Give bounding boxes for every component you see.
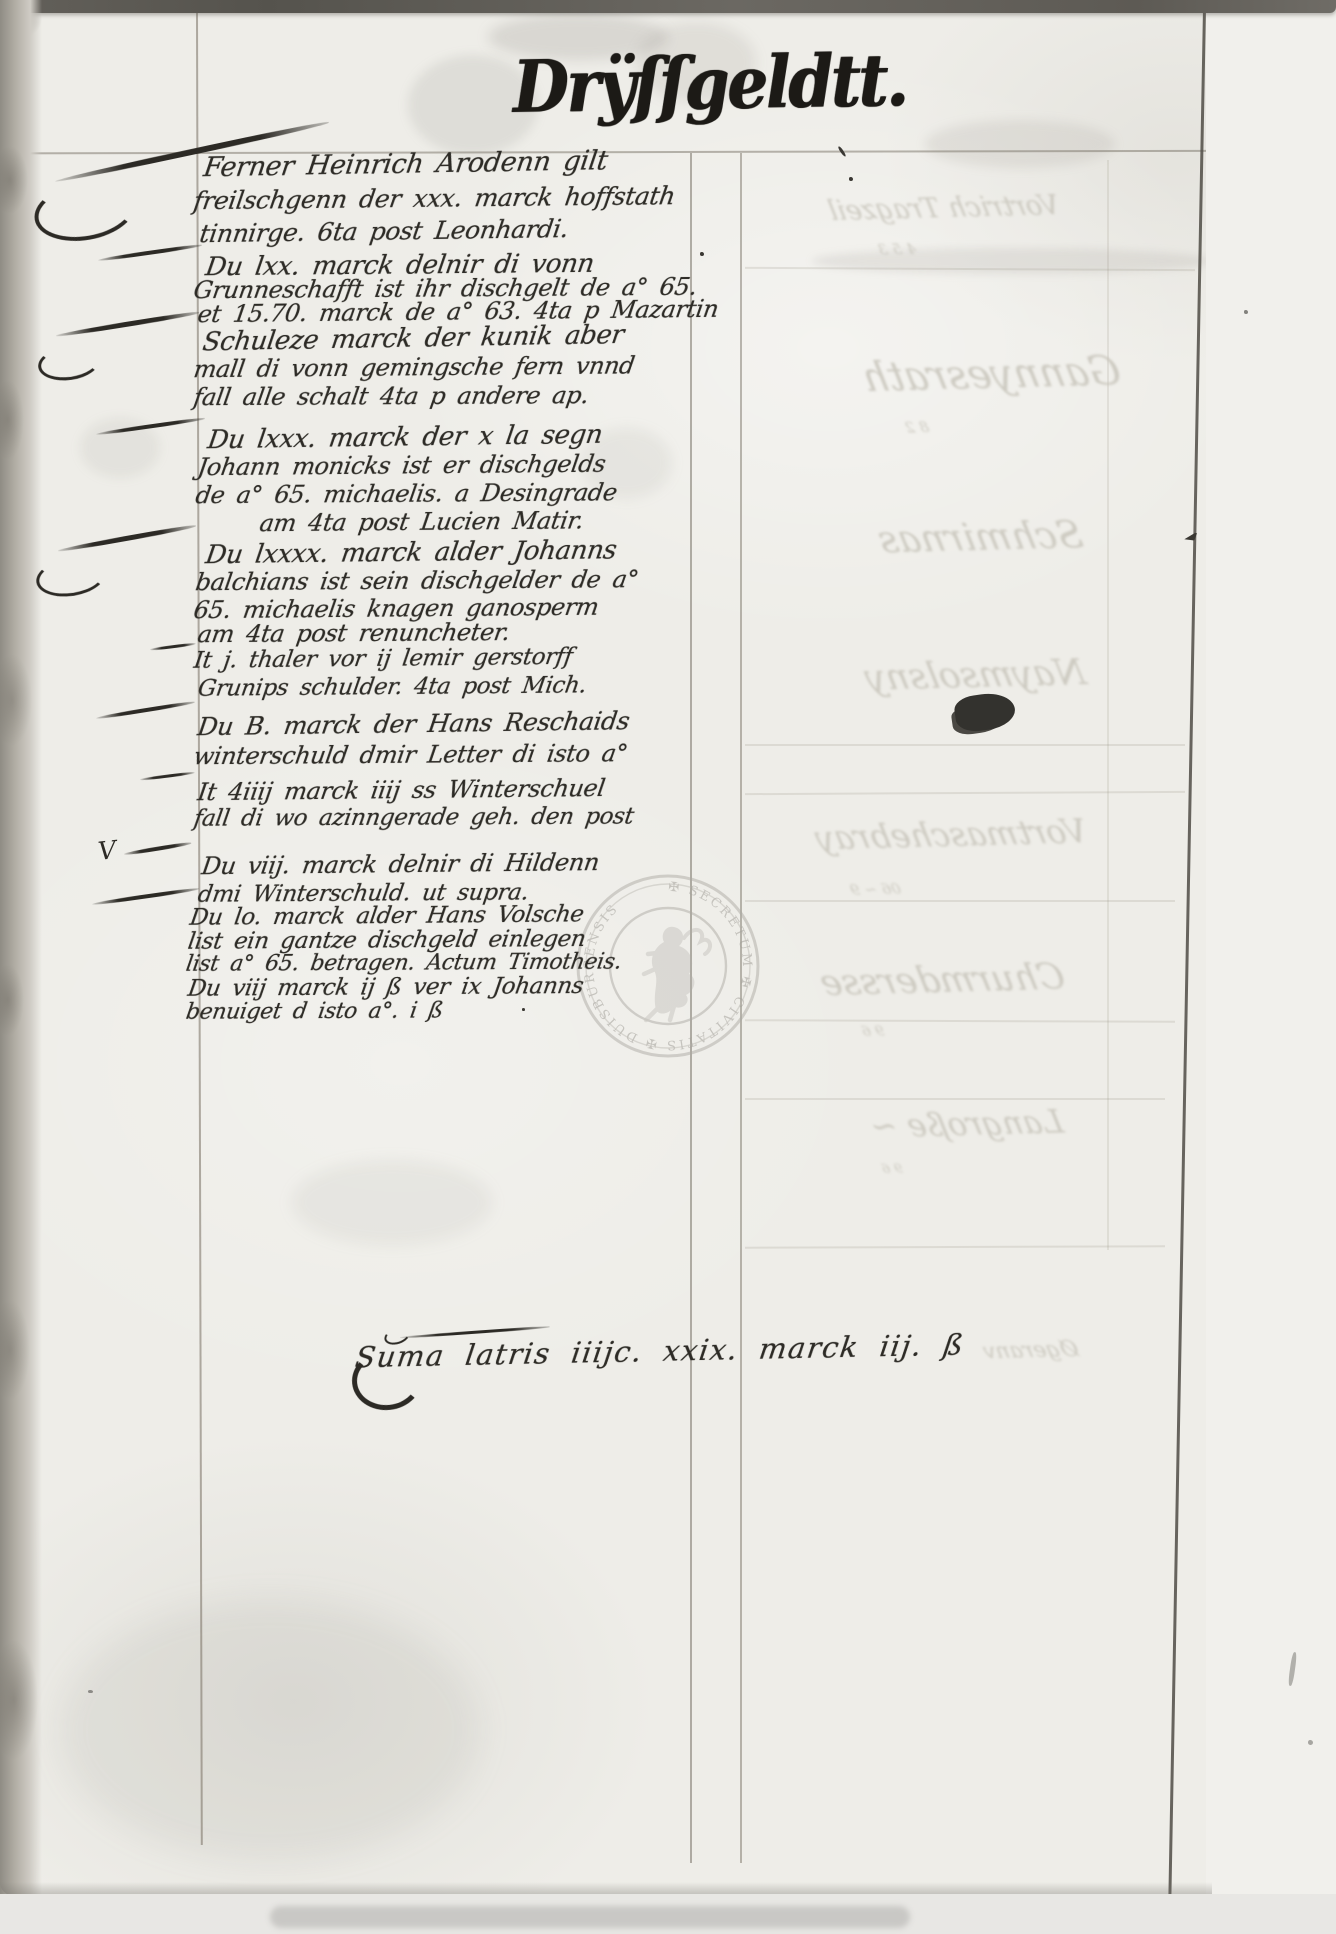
smudge <box>812 248 1212 274</box>
manuscript-line: Ferner Heinrich Arodenn gilt <box>202 145 610 183</box>
ink-blot <box>953 690 1017 734</box>
bleedthrough-word: Gannyesrath <box>858 349 1125 402</box>
ink-speck <box>700 252 704 256</box>
smudge <box>925 120 1115 168</box>
bleedthrough-word: 06 ~ 9 <box>848 879 902 898</box>
margin-check-mark: V <box>97 835 118 866</box>
bleed-rule <box>745 744 1185 746</box>
ink-flourish <box>98 243 203 262</box>
bleed-rule <box>745 900 1175 902</box>
page-corner-shadow <box>0 0 140 95</box>
bleedthrough-word: 9 6 <box>860 1024 885 1041</box>
manuscript-line: tinnirge. 6ta post Leonhardi. <box>198 214 571 248</box>
ink-flourish <box>92 887 200 906</box>
page-edge-bottom <box>0 1882 1212 1896</box>
edge-mark <box>1308 1740 1313 1745</box>
ink-flourish <box>124 841 192 855</box>
page-edge-left <box>0 0 42 1900</box>
manuscript-line: benuiget d isto a°. i ß <box>184 999 444 1025</box>
bleedthrough-word: 9 6 <box>881 1162 905 1178</box>
ink-speck <box>522 1008 525 1011</box>
bleed-rule <box>745 1019 1175 1023</box>
bleedthrough-word: Øgeranv <box>981 1337 1081 1364</box>
page-title: Drÿſſgeldtt. <box>512 39 907 130</box>
manuscript-line: Grunips schulder. 4ta post Mich. <box>196 673 588 702</box>
ink-speck <box>849 177 853 181</box>
manuscript-line: fall di wo azinngerade geh. den post <box>192 804 635 832</box>
bleed-rule <box>745 791 1185 795</box>
edge-mark <box>1288 1652 1298 1686</box>
ink-speck <box>1244 310 1248 314</box>
smudge <box>292 1160 492 1245</box>
bleedthrough-word: Vortrich Tragzeil <box>825 190 1062 227</box>
manuscript-line: am 4ta post Lucien Matir. <box>258 506 586 537</box>
manuscript-line: balchians ist sein dischgelder de a° <box>194 565 641 596</box>
bleed-rule <box>745 1098 1165 1100</box>
bleedthrough-word: Naymsolsny <box>861 652 1089 699</box>
bleedthrough-word: Vortmaschebray <box>812 811 1091 857</box>
ink-flourish <box>56 310 200 337</box>
ink-flourish <box>96 417 205 436</box>
bleed-vertical-rule <box>1107 160 1109 1250</box>
manuscript-line: Du viij marck ij ß ver ix Johanns <box>186 973 585 1002</box>
scan-background-bottom <box>0 1894 1336 1934</box>
ink-speck <box>88 1690 93 1693</box>
manuscript-line: Johann monicks ist er dischgelds <box>196 449 608 481</box>
ink-flourish <box>150 642 196 651</box>
scan-background-band <box>270 1906 910 1928</box>
manuscript-line: It j. thaler vor ij lemir gerstorff <box>192 644 574 674</box>
page-edge-right <box>1168 8 1206 1900</box>
margin-arrow-mark <box>1183 531 1199 542</box>
manuscript-line: Du B. marck der Hans Reschaids <box>196 706 632 741</box>
ink-flourish-curl <box>36 342 102 384</box>
title-flourish-tick <box>837 146 846 158</box>
ink-flourish <box>58 524 197 553</box>
page-edge-left-blotches <box>0 0 46 1900</box>
manuscript-line: freilschgenn der xxx. marck hoffstath <box>192 181 677 215</box>
manuscript-line: winterschuld dmir Letter di isto a° <box>192 739 630 770</box>
right-page-underlay <box>1206 10 1336 1900</box>
scanned-manuscript-page: ✠ SECRETUM ✠ CIVITATIS ✠ DUISBURGENSIS D… <box>0 0 1336 1934</box>
ink-flourish <box>140 771 195 781</box>
manuscript-line: It 4iiij marck iiij ss Winterschuel <box>196 774 607 806</box>
page-edge-top <box>0 0 1336 13</box>
bleedthrough-word: 8 2 <box>903 418 930 437</box>
ink-flourish-curl <box>33 553 108 601</box>
ink-flourish-curl <box>30 174 141 249</box>
bleedthrough-word: Langroße ~ <box>867 1102 1067 1145</box>
bleedthrough-word: Churmdersse <box>816 957 1068 1004</box>
manuscript-line: am 4ta post renuncheter. <box>196 618 512 648</box>
bleed-rule <box>745 267 1195 271</box>
lion-rampant-icon <box>644 927 710 1020</box>
bleed-rule <box>745 1245 1165 1248</box>
manuscript-line: fall alle schalt 4ta p andere ap. <box>192 381 591 411</box>
smudge <box>60 1600 480 1860</box>
bleedthrough-word: 4 5 3 <box>876 240 918 259</box>
manuscript-line: Du viij. marck delnir di Hildenn <box>200 848 601 880</box>
bleedthrough-word: Schmirnas <box>874 512 1087 561</box>
manuscript-line: mall di vonn gemingsche fern vnnd <box>192 351 637 383</box>
manuscript-line: de a° 65. michaelis. a Desingrade <box>194 478 619 509</box>
ink-flourish <box>96 700 195 720</box>
